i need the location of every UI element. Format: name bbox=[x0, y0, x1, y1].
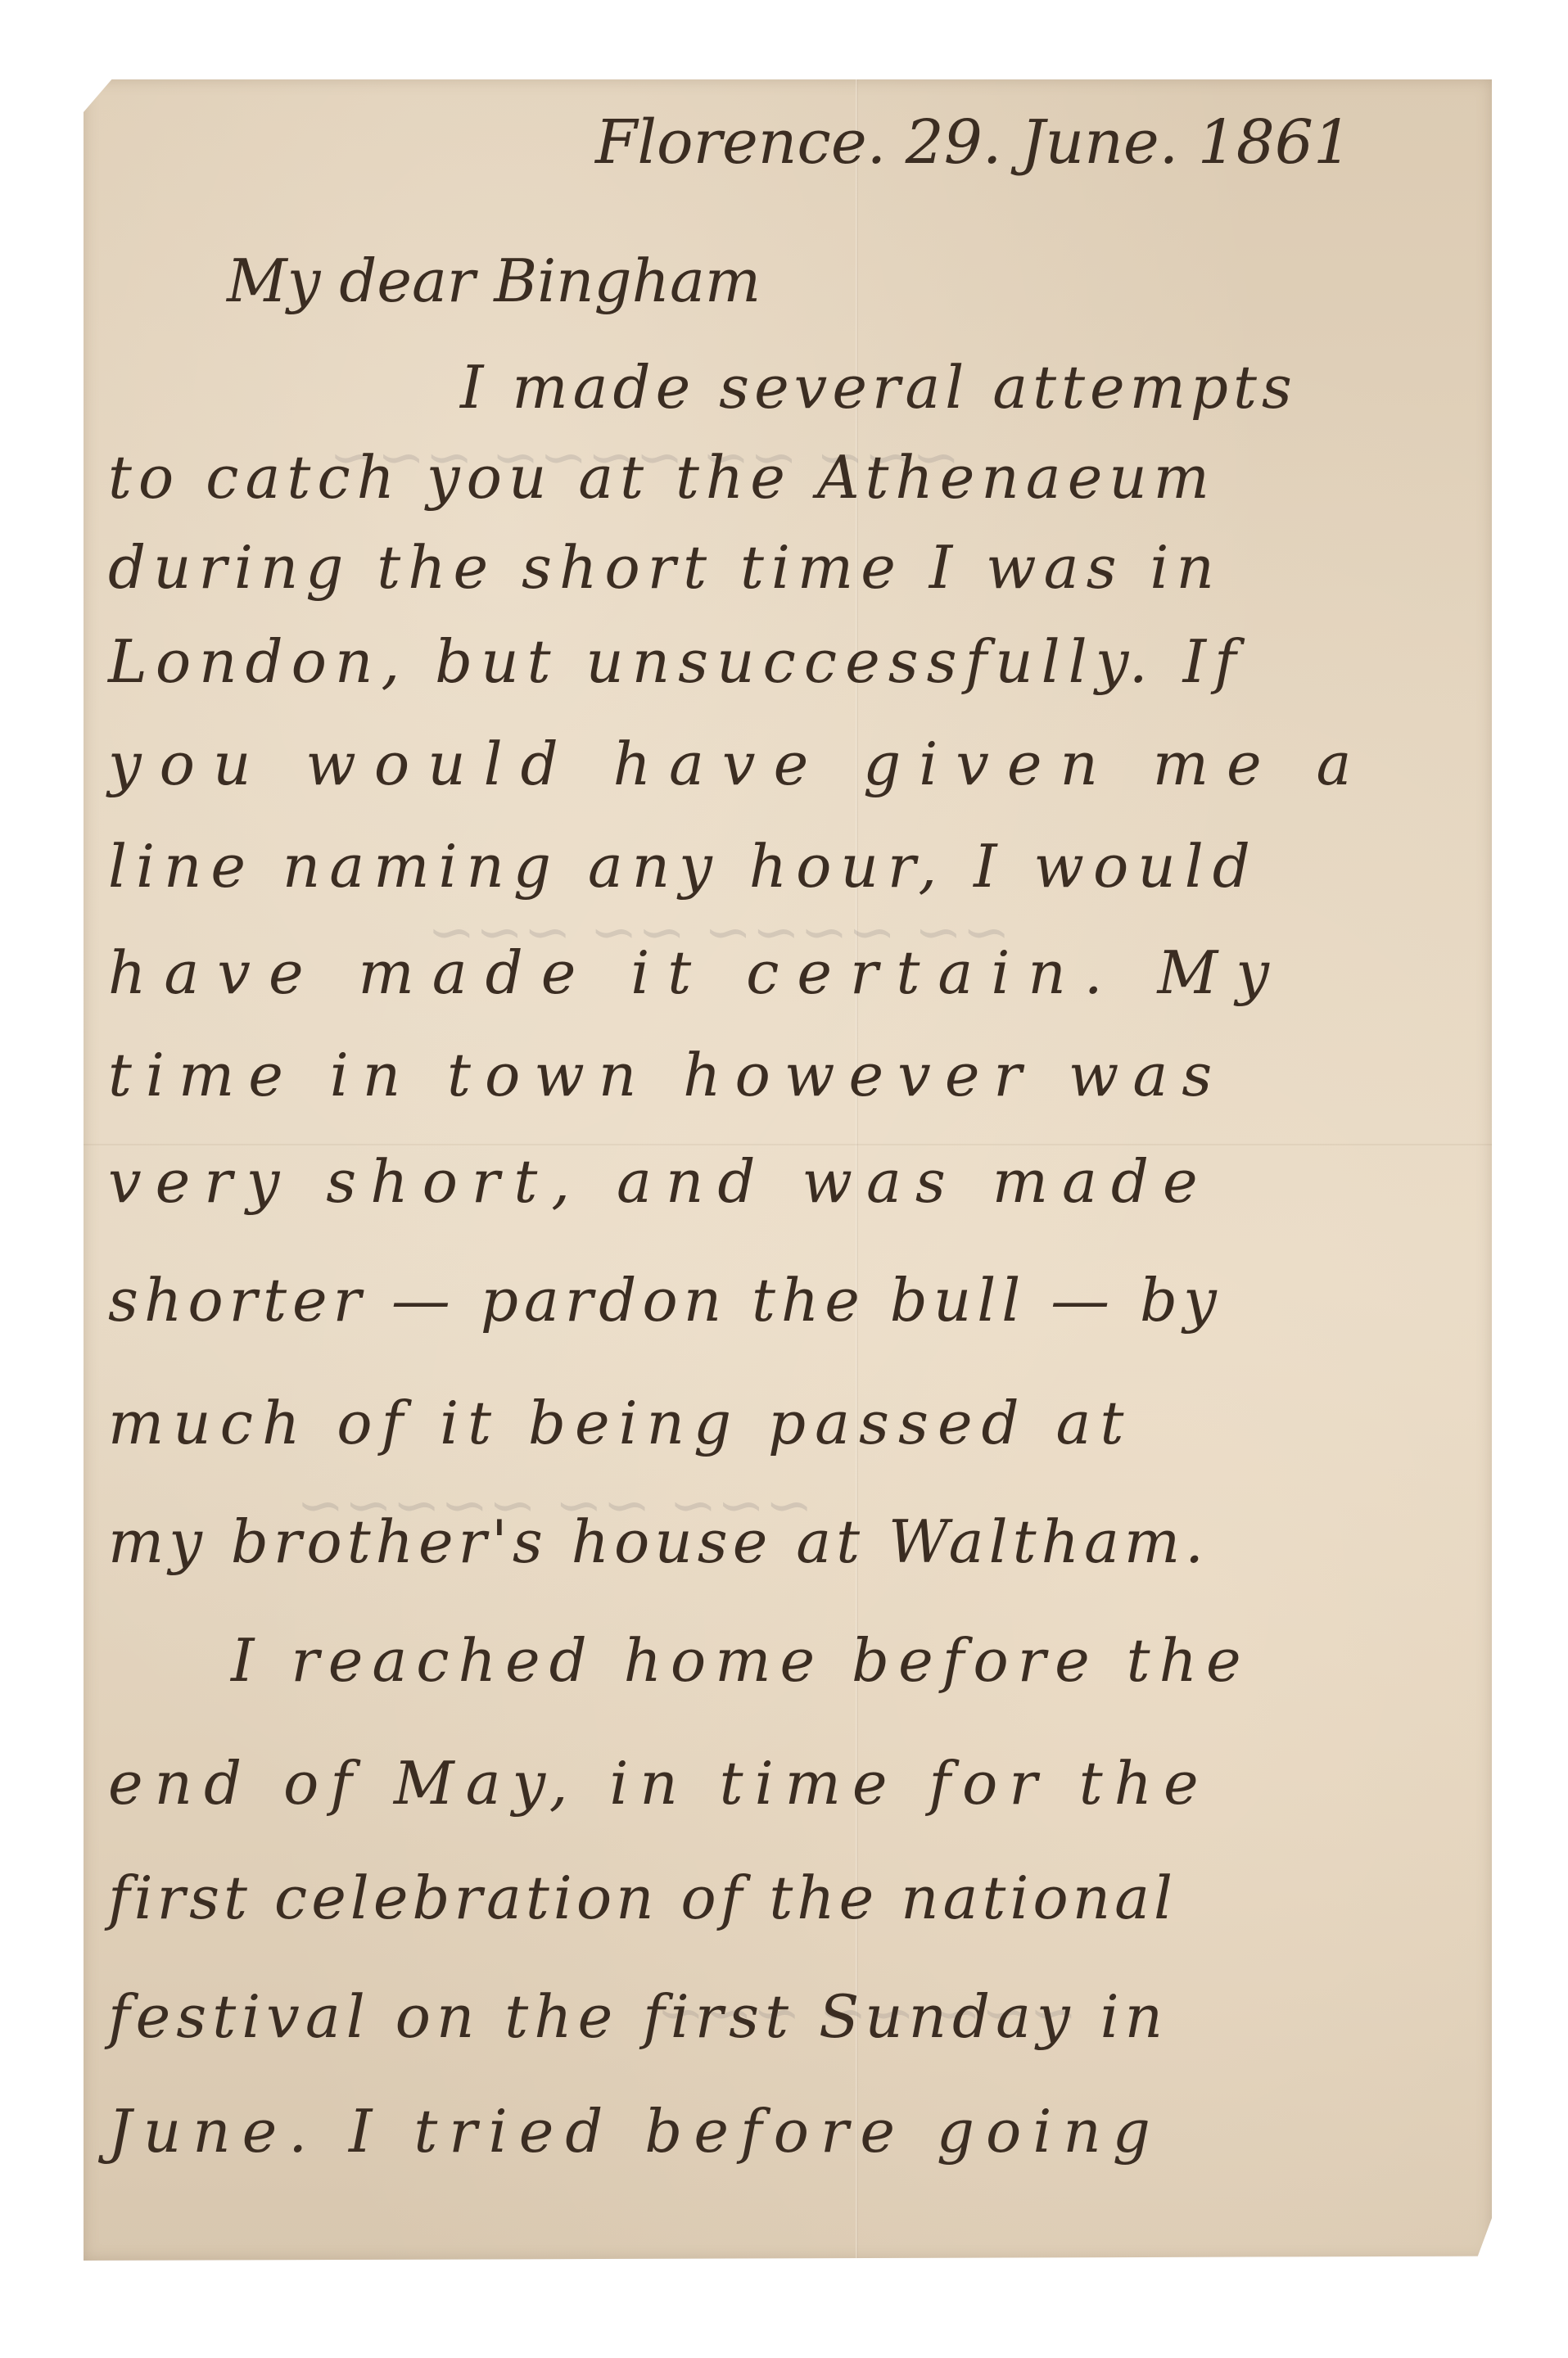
letter-page: ~~~ ~~ ~~~~ ~~~ ~~ ~~~~ ~~ ~~~ ~~~ ~~ ~~… bbox=[84, 79, 1492, 2261]
salutation-text: My dear Bingham bbox=[227, 251, 761, 310]
dateline-text: Florence. 29. June. 1861 bbox=[595, 112, 1352, 173]
paper-fold-horizontal bbox=[84, 1144, 1492, 1145]
